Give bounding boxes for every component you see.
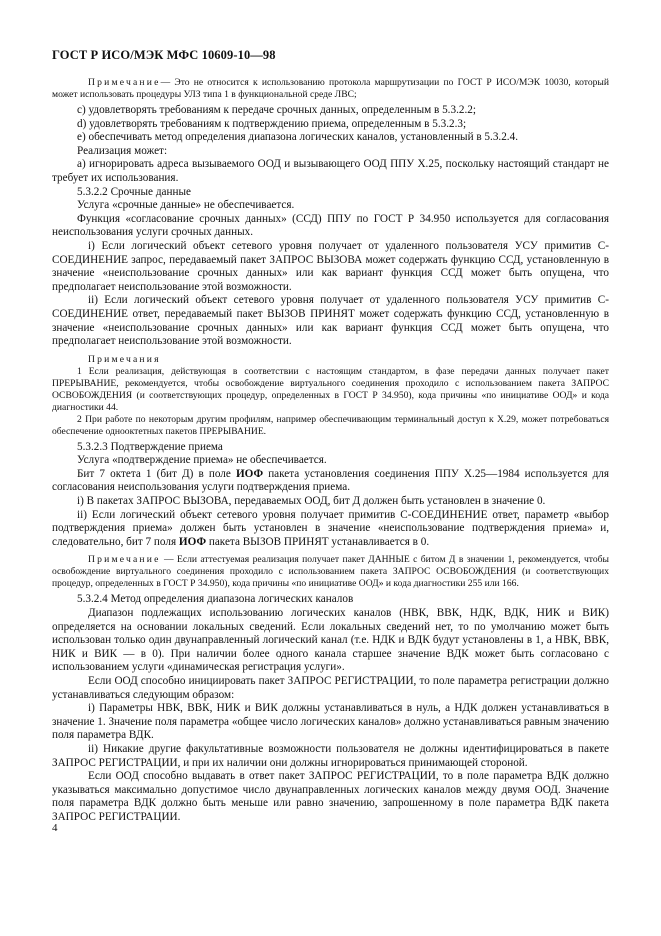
note-2: 2 При работе по некоторым другим профиля…: [52, 414, 609, 438]
paragraph: Функция «согласование срочных данных» (С…: [52, 213, 609, 240]
list-item-i: i) Параметры НВК, ВВК, НИК и ВИК должны …: [52, 702, 609, 743]
note-1: 1 Если реализация, действующая в соответ…: [52, 366, 609, 414]
list-item-i: i) В пакетах ЗАПРОС ВЫЗОВА, передаваемых…: [52, 495, 609, 509]
list-item-ii: ii) Никакие другие факультативные возмож…: [52, 743, 609, 770]
list-item-a: a) игнорировать адреса вызываемого ООД и…: [52, 158, 609, 185]
list-item-i: i) Если логический объект сетевого уровн…: [52, 240, 609, 294]
page-number: 4: [52, 822, 58, 834]
section-heading-5322: 5.3.2.2 Срочные данные: [52, 186, 609, 200]
note-top: Примечание— Это не относится к использов…: [52, 77, 609, 101]
section-heading-5324: 5.3.2.4 Метод определения диапазона логи…: [52, 593, 609, 607]
note-label: Примечание: [88, 554, 161, 565]
list-item-ii: ii) Если логический объект сетевого уров…: [52, 294, 609, 348]
section-heading-5323: 5.3.2.3 Подтверждение приема: [52, 441, 609, 455]
list-item-c: c) удовлетворять требованиям к передаче …: [52, 104, 609, 118]
notes-label: Примечания: [52, 354, 609, 366]
paragraph: Бит 7 октета 1 (бит Д) в поле ИОФ пакета…: [52, 468, 609, 495]
list-item-d: d) удовлетворять требованиям к подтвержд…: [52, 118, 609, 132]
document-header: ГОСТ Р ИСО/МЭК МФС 10609-10—98: [52, 47, 609, 63]
paragraph: Услуга «срочные данные» не обеспечиваетс…: [52, 199, 609, 213]
paragraph: Услуга «подтверждение приема» не обеспеч…: [52, 454, 609, 468]
impl-may: Реализация может:: [52, 145, 609, 159]
paragraph: Если ООД способно выдавать в ответ пакет…: [52, 770, 609, 824]
paragraph: Диапазон подлежащих использованию логиче…: [52, 607, 609, 675]
list-item-e: e) обеспечивать метод определения диапаз…: [52, 131, 609, 145]
list-item-ii: ii) Если логический объект сетевого уров…: [52, 509, 609, 550]
note-low: Примечание — Если аттестуемая реализация…: [52, 554, 609, 590]
note-label: Примечание: [88, 77, 161, 88]
paragraph: Если ООД способно инициировать пакет ЗАП…: [52, 675, 609, 702]
document-page: ГОСТ Р ИСО/МЭК МФС 10609-10—98 Примечани…: [52, 47, 609, 825]
